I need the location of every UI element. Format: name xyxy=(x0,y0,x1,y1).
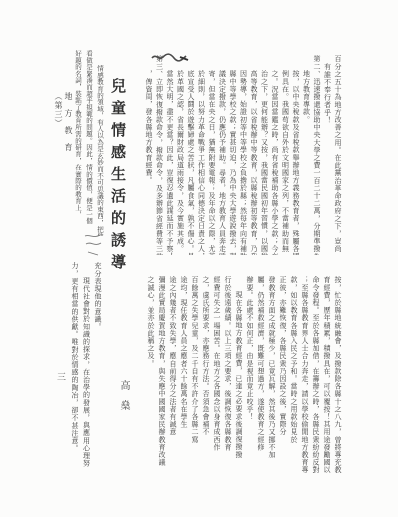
text-column: 育經費，歷年積累，積撥具在，可以覆按！其用途發勵國以 xyxy=(321,276,332,478)
text-column: 當然大明，盡不更當？因此，豈復忍遺此謀延而不予察！ xyxy=(165,55,176,255)
text-column: 經費可失之一場困苦。在地方之各國念以身育成西作 xyxy=(211,276,222,478)
text-column: 治之下，更何能辦？又按，我國當民國初年習慣，以國稅辦 xyxy=(259,55,270,255)
text-column: 例具在。我國苟欲自外於文明國家之列，不當補助而無 xyxy=(280,55,291,255)
text-column: 款，如以教育各縣入民之予和。當時之用款始見於 xyxy=(288,276,299,478)
text-column: 屬，仍然補救經濟，既難可想過方，遂使教育之經修 xyxy=(255,276,266,478)
previous-article-upper-block: 百分之五十為地方改善之用。在此黨治革命政府之下，豈尚 有誰不奉行者乎！ 第二、迅… xyxy=(144,55,344,255)
text-column: 議決定撥款，仍應仍予補助。尋者，地方教育人員奔走呼 xyxy=(217,55,228,255)
page-number: 三 xyxy=(54,372,67,381)
text-column: 力，更有相當的供獻。唯對於情感的陶冶，卻不甚注意。 xyxy=(69,262,81,470)
text-column: 途均，現任教育人員之應者六十餘萬名在學生 xyxy=(178,276,189,478)
text-column: 現在各縣地方教育經費，已達之必要求後調復撥撥 xyxy=(233,276,244,478)
text-column: 因勢導，始證初等中等學校之負擔於縣；然每年向有補助各 xyxy=(238,55,249,255)
text-column: 有誰不奉行者乎！ xyxy=(322,55,333,255)
ink-smear-mark xyxy=(150,51,190,63)
text-column: 縣中等學校之款；實甚切迫，乃為中央大學遊說撥去，現在 xyxy=(228,55,239,255)
previous-article-lower-block: 按，忙於縣地統融會，及撥款除各縣十之八九，曾將專充教 育經費，歷年積累，積撥具在… xyxy=(145,276,343,478)
article-title: 兒童情感生活的誘導 xyxy=(110,78,126,276)
text-column: 現代社會對於知識的探求，在治學的發展，與應用心理努 xyxy=(80,262,92,470)
scanned-page: 百分之五十為地方改善之用。在此黨治革命政府之下，豈尚 有誰不奉行者乎！ 第二、迅… xyxy=(0,0,398,517)
text-column: 發教育方面之成就極少，已竟瓦解，然其後乃又挪不加 xyxy=(266,276,277,478)
handwritten-mark xyxy=(82,232,104,258)
text-column: 第三、立即恢復撥款命令，撥款命令，及多辦節省經費等三款，仍 xyxy=(154,55,165,255)
text-column: 充分表現他的意識。 xyxy=(92,262,104,470)
text-column: 之誠心，並亦於此稱之及。 xyxy=(145,276,156,478)
article-body-lower-block: 充分表現他的意識。 現代社會對於知識的探求，在治學的發展，與應用心理努 力，更有… xyxy=(69,262,104,470)
text-column: 於細則，以努力革命戰爭工作相信心同德決定日責之人，乃當 xyxy=(196,55,207,255)
text-column: 彌漫此實局慶賀地方教育，與失應中國國家民辦教育改議 xyxy=(156,276,167,478)
text-column: 好題的名詞，裝點了教育所需的研育，在實際的教育上， xyxy=(72,50,83,236)
text-column: 命令發程。至於各縣加借，在籌辦之時，各縣民衆紛紛反對 xyxy=(310,276,321,478)
text-column: 寄，但當在央之日，猶無附要電報；及年命以之際，尤苦痛 xyxy=(207,55,218,255)
text-column: 百餘萬之失學兒童，及二千自有不許介了各縣二寫 xyxy=(189,276,200,478)
text-column: 之，虞氏所要求，亦應務行方法。否須急會補不 xyxy=(200,276,211,478)
text-column: 底宣受人鬪於遊擊婦處之苦狀，凡屬食氣，孰不傷心。是故 xyxy=(186,55,197,255)
article-body-upper-block: 情感教育的領域，有人以為是玄妙而不可思議的東西，把他 看做是緊湊而超乎規範的問題… xyxy=(72,50,105,236)
text-column: 按，以中央稅款及省稅款舉辦地方義務教育者，殊屬各國先 xyxy=(291,55,302,255)
text-column: 正彼，亦難恢復，各縣民衆乃因設之後，實際分 xyxy=(277,276,288,478)
text-column: ，俾資周，發各縣地方教育經費。 xyxy=(144,55,155,255)
journal-title: 地方教育 xyxy=(63,92,73,160)
text-column: ；至縣各縣教育界人士合力奔走，請以學校偷閒地方教育專 xyxy=(299,276,310,478)
text-column: 情感教育的領域，有人以為是玄妙而不可思議的東西，把他 xyxy=(94,50,105,236)
text-column: 之。況當因當鑑之時，尚有省稅補助各縣小學之款；今在黨 xyxy=(270,55,281,255)
issue-label: （第三） xyxy=(53,92,63,160)
text-column: 高等教育，以省稅辦中等教育，以縣稅辦初等教育，乃我國 xyxy=(249,55,260,255)
text-column: 行於後遠歲績。以上三項之要求，後調恢復各縣教育 xyxy=(222,276,233,478)
text-column: 第二、迅速撥還協助中央大學之費一百二十二萬，分期準撥為 xyxy=(312,55,323,255)
text-column: 按，忙於縣地統融會，及撥款除各縣十之八九，曾將專充教 xyxy=(332,276,343,478)
text-column: 辦要。此處不如何正，由是視而竟止咬乎！ xyxy=(244,276,255,478)
text-column: 地方教育專款。 xyxy=(301,55,312,255)
text-column: 於革國之認，省長爾財政局道雨接令，及今實施其成。 xyxy=(175,55,186,255)
text-column: 百分之五十為地方改善之用。在此黨治革命政府之下，豈尚 xyxy=(333,55,344,255)
article-author: 高燊 xyxy=(118,380,129,420)
text-column: 看做是緊湊而超乎規範的問題。因此，情的價值，便是一個 xyxy=(83,50,94,236)
text-column: 途之內幾者不致失學，應自前得分之法者有誠意 xyxy=(167,276,178,478)
running-header: 地方教育 （第三） xyxy=(53,92,73,160)
